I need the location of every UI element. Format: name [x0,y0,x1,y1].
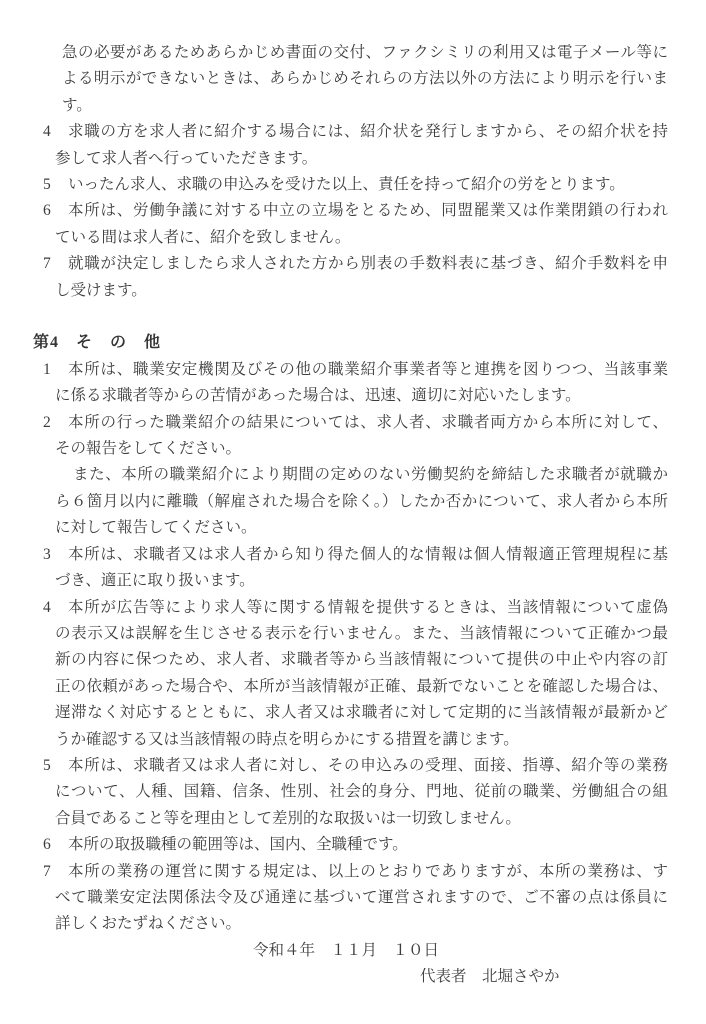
text-line: 求職の方を求人者に紹介する場合には、紹介状を発行しますから、その紹介状を持 [68,119,668,145]
text-line: 参して求人者へ行っていただきます。 [55,146,668,172]
list-item: 4本所が広告等により求人等に関する情報を提供するときは、当該情報について虚偽の表… [0,595,706,753]
text-line: について、人種、国籍、信条、性別、社会的身分、門地、従前の職業、労働組合の組 [55,779,668,805]
text-line: ら６箇月以内に離職（解雇された場合を除く。）したか否かについて、求人者から本所 [55,489,668,515]
section-3-items: 急の必要があるためあらかじめ書面の交付、ファクシミリの利用又は電子メール等による… [0,40,706,304]
section-4-items: 1本所は、職業安定機関及びその他の職業紹介事業者等と連携を図りつつ、当該事業に係… [0,357,706,938]
item-number: 5 [43,753,51,779]
text-line: 本所は、求職者又は求人者に対し、その申込みの受理、面接、指導、紹介等の業務 [68,753,668,779]
text-line: べて職業安定法関係法令及び通達に基づいて運営されますので、ご不審の点は係員に [55,885,668,911]
text-line: 合員であること等を理由として差別的な取扱いは一切致しません。 [55,806,668,832]
document-date: 令和４年 １１月 １０日 [253,938,706,964]
item-number: 7 [43,251,51,277]
list-item: 5いったん求人、求職の申込みを受けた以上、責任を持って紹介の労をとります。 [0,172,706,198]
text-line: 本所の業務の運営に関する規定は、以上のとおりでありますが、本所の業務は、す [68,859,668,885]
text-line: うか確認する又は当該情報の時点を明らかにする措置を講じます。 [55,727,668,753]
section-heading: 第4 そ の 他 [33,330,706,356]
item-number: 4 [43,595,51,621]
text-line: に対して報告してください。 [55,515,668,541]
list-item: 4求職の方を求人者に紹介する場合には、紹介状を発行しますから、その紹介状を持参し… [0,119,706,172]
text-line: の表示又は誤解を生じさせる表示を行いません。また、当該情報について正確かつ最 [55,621,668,647]
text-line: 本所は、求職者又は求人者から知り得た個人的な情報は個人情報適正管理規程に基 [68,542,668,568]
item-number: 7 [43,859,51,885]
text-line: 本所が広告等により求人等に関する情報を提供するときは、当該情報について虚偽 [68,595,668,621]
text-line: 本所は、労働争議に対する中立の立場をとるため、同盟罷業又は作業閉鎖の行われ [68,198,668,224]
text-line: し受けます。 [55,278,668,304]
text-line: 本所の行った職業紹介の結果については、求人者、求職者両方から本所に対して、 [68,410,668,436]
text-line: す。 [62,93,668,119]
item-number: 5 [43,172,51,198]
text-line: また、本所の職業紹介により期間の定めのない労働契約を締結した求職者が就職か [73,462,668,488]
item-number: 6 [43,832,51,858]
text-line: に係る求職者等からの苦情があった場合は、迅速、適切に対応いたします。 [55,383,668,409]
text-line: その報告をしてください。 [55,436,668,462]
list-item: 3本所は、求職者又は求人者から知り得た個人的な情報は個人情報適正管理規程に基づき… [0,542,706,595]
text-line: 就職が決定しましたら求人された方から別表の手数料表に基づき、紹介手数料を申 [68,251,668,277]
text-line: 本所の取扱職種の範囲等は、国内、全職種です。 [68,832,668,858]
list-item: 5本所は、求職者又は求人者に対し、その申込みの受理、面接、指導、紹介等の業務につ… [0,753,706,832]
text-line: よる明示ができないときは、あらかじめそれらの方法以外の方法により明示を行いま [62,66,668,92]
list-item: 1本所は、職業安定機関及びその他の職業紹介事業者等と連携を図りつつ、当該事業に係… [0,357,706,410]
signer-name: 代表者 北堀さやか [420,964,706,990]
list-item: 6本所は、労働争議に対する中立の立場をとるため、同盟罷業又は作業閉鎖の行われてい… [0,198,706,251]
item-number: 4 [43,119,51,145]
item-number: 3 [43,542,51,568]
item-number: 2 [43,410,51,436]
paragraph: 急の必要があるためあらかじめ書面の交付、ファクシミリの利用又は電子メール等による… [0,40,706,119]
text-line: づき、適正に取り扱います。 [55,568,668,594]
list-item: 2本所の行った職業紹介の結果については、求人者、求職者両方から本所に対して、その… [0,410,706,463]
text-line: 遅滞なく対応するとともに、求人者又は求職者に対して定期的に当該情報が最新かど [55,700,668,726]
text-line: 本所は、職業安定機関及びその他の職業紹介事業者等と連携を図りつつ、当該事業 [68,357,668,383]
paragraph: また、本所の職業紹介により期間の定めのない労働契約を締結した求職者が就職から６箇… [0,462,706,541]
text-line: ている間は求人者に、紹介を致しません。 [55,225,668,251]
text-line: 正の依頼があった場合や、本所が当該情報が正確、最新でないことを確認した場合は、 [55,674,668,700]
item-number: 6 [43,198,51,224]
text-line: いったん求人、求職の申込みを受けた以上、責任を持って紹介の労をとります。 [68,172,668,198]
item-number: 1 [43,357,51,383]
text-line: 詳しくおたずねください。 [55,911,668,937]
text-line: 急の必要があるためあらかじめ書面の交付、ファクシミリの利用又は電子メール等に [62,40,668,66]
list-item: 6本所の取扱職種の範囲等は、国内、全職種です。 [0,832,706,858]
list-item: 7本所の業務の運営に関する規定は、以上のとおりでありますが、本所の業務は、すべて… [0,859,706,938]
document-page: 急の必要があるためあらかじめ書面の交付、ファクシミリの利用又は電子メール等による… [0,0,706,1024]
text-line: 新の内容に保つため、求人者、求職者等から当該情報について提供の中止や内容の訂 [55,647,668,673]
list-item: 7就職が決定しましたら求人された方から別表の手数料表に基づき、紹介手数料を申し受… [0,251,706,304]
